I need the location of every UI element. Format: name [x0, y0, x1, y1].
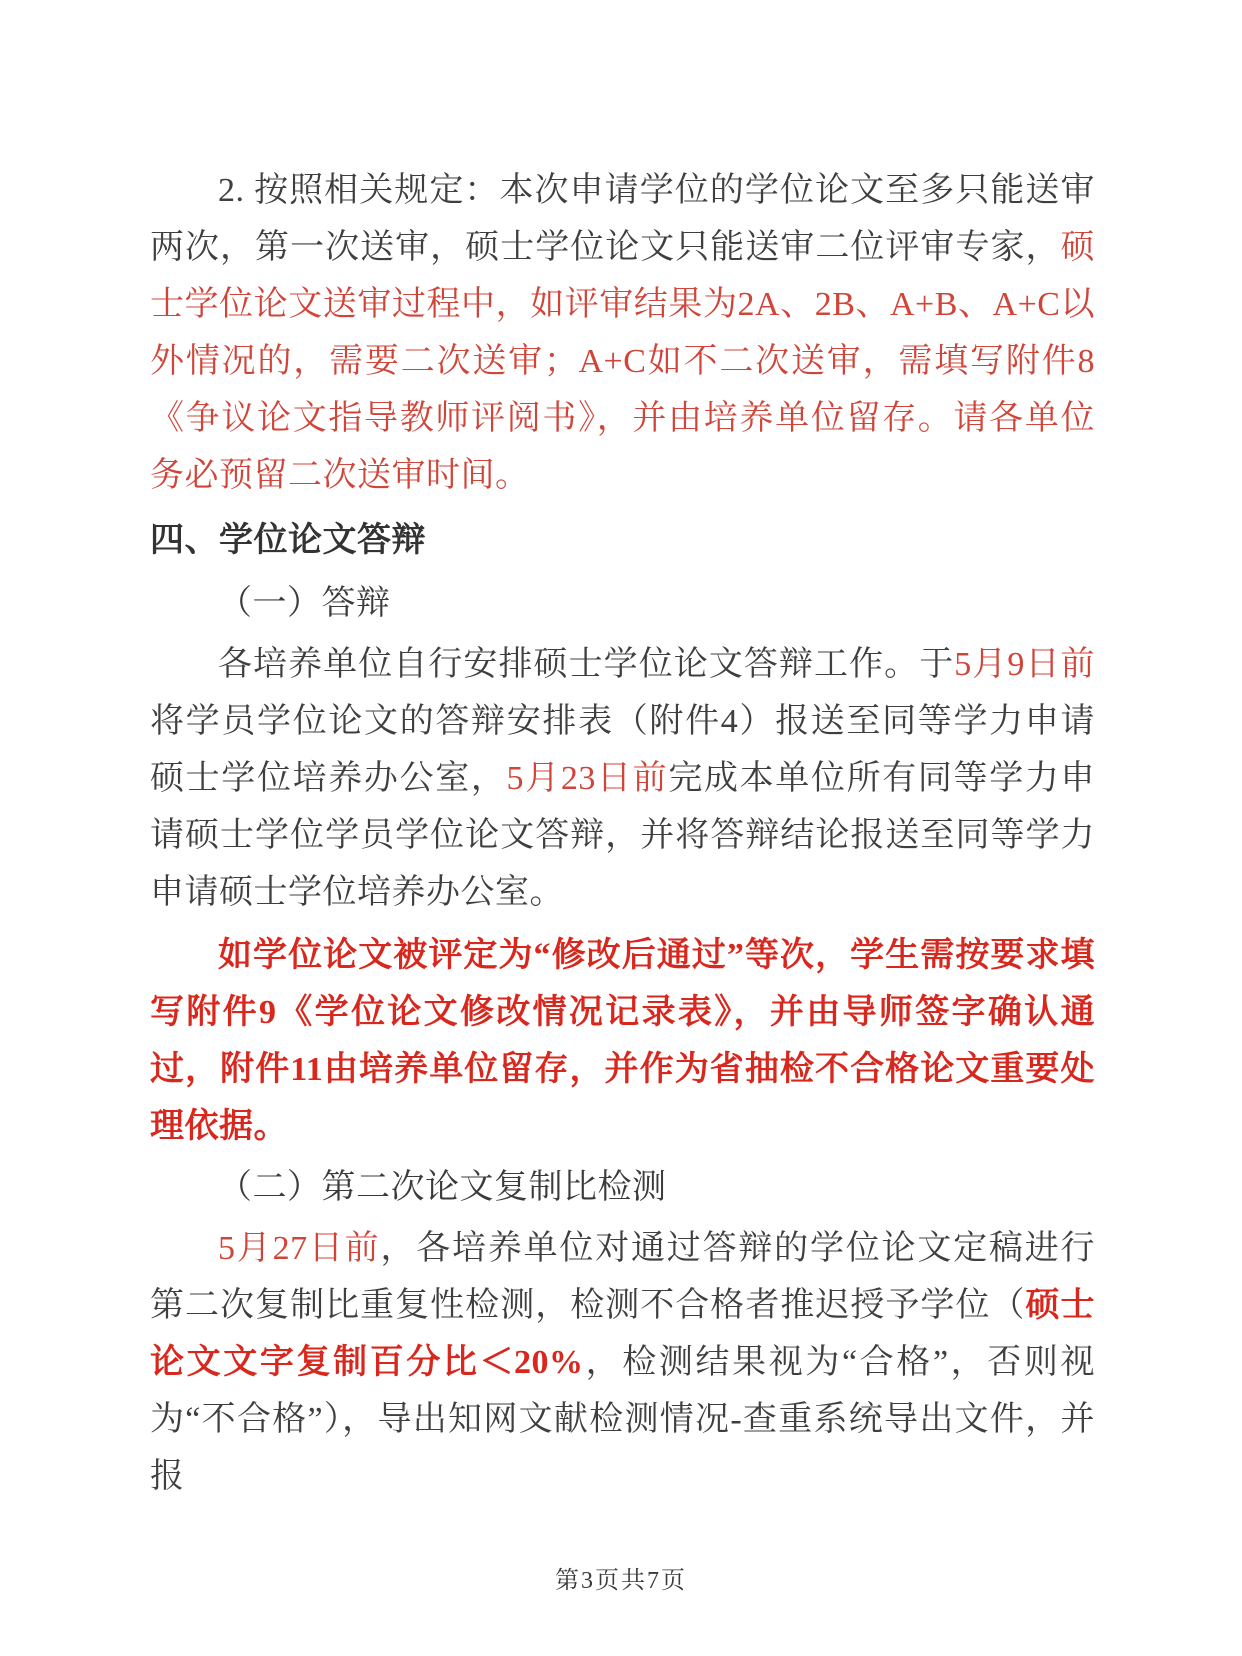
subsection-heading-plagiarism: （二）第二次论文复制比检测 [150, 1159, 1095, 1216]
text-run-red: 硕士学位论文送审过程中，如评审结果为2A、2B、A+B、A+C以外情况的，需要二… [150, 229, 1095, 494]
paragraph-plagiarism-check: 5月27日前，各培养单位对通过答辩的学位论文定稿进行第二次复制比重复性检测，检测… [150, 1220, 1095, 1505]
text-run-red-date: 5月23日前 [507, 760, 669, 797]
document-body: 2. 按照相关规定：本次申请学位的学位论文至多只能送审两次，第一次送审，硕士学位… [150, 162, 1095, 1505]
text-run-red-date: 5月27日前 [218, 1230, 380, 1267]
document-page: 2. 按照相关规定：本次申请学位的学位论文至多只能送审两次，第一次送审，硕士学位… [0, 0, 1242, 1656]
paragraph-review-rules: 2. 按照相关规定：本次申请学位的学位论文至多只能送审两次，第一次送审，硕士学位… [150, 162, 1095, 504]
paragraph-revision-requirement: 如学位论文被评定为“修改后通过”等次，学生需按要求填写附件9《学位论文修改情况记… [150, 927, 1095, 1155]
text-run-red-date: 5月9日前 [954, 646, 1095, 683]
section-heading-defense: 四、学位论文答辩 [150, 512, 1095, 569]
page-number-text: 第3页共7页 [555, 1568, 687, 1594]
page-footer: 第3页共7页 [0, 1560, 1242, 1595]
paragraph-defense-schedule: 各培养单位自行安排硕士学位论文答辩工作。于5月9日前将学员学位论文的答辩安排表（… [150, 636, 1095, 921]
subsection-heading-defense: （一）答辩 [150, 575, 1095, 632]
text-run-red-bold: 如学位论文被评定为“修改后通过”等次，学生需按要求填写附件9《学位论文修改情况记… [150, 937, 1095, 1145]
text-run-black: 各培养单位自行安排硕士学位论文答辩工作。于 [218, 646, 954, 683]
text-run-black: 2. 按照相关规定：本次申请学位的学位论文至多只能送审两次，第一次送审，硕士学位… [150, 172, 1095, 266]
